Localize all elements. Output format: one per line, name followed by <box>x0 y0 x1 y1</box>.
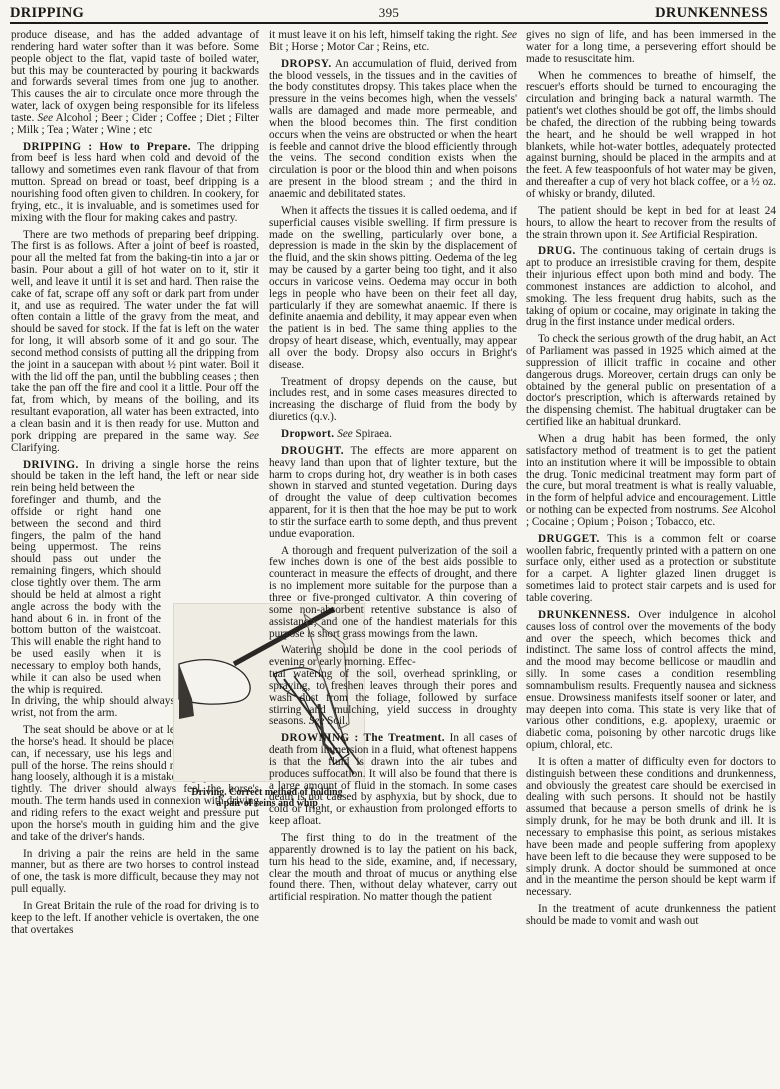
paragraph: When a drug habit has been formed, the o… <box>526 434 776 529</box>
paragraph: Treatment of dropsy depends on the cause… <box>269 377 517 424</box>
entry-dripping: DRIPPING : How to Prepare. The dripping … <box>11 142 259 225</box>
paragraph-text: There are two methods of preparing beef … <box>11 229 259 442</box>
paragraph: In the treatment of acute drunkenness th… <box>526 904 776 928</box>
paragraph-narrow: A thorough and frequent pulverization of… <box>269 546 517 641</box>
paragraph-text: gives no sign of life, and has been imme… <box>526 29 776 65</box>
headword-dropwort: Dropwort. <box>281 428 334 440</box>
headword-drought: DROUGHT. <box>281 445 344 457</box>
see-label: See <box>309 715 325 727</box>
paragraph-text: The dripping from beef is less hard when… <box>11 141 259 224</box>
paragraph: In driving a pair the reins are held in … <box>11 849 259 896</box>
running-header: DRIPPING 395 DRUNKENNESS <box>10 2 768 22</box>
paragraph-text: tual watering of the soil, overhead spri… <box>269 668 517 727</box>
paragraph: It is often a matter of difficulty even … <box>526 757 776 899</box>
see-label: See <box>722 504 738 516</box>
header-right-guide-word: DRUNKENNESS <box>655 5 768 22</box>
see-label: See <box>501 29 517 41</box>
paragraph-text: When a drug habit has been formed, the o… <box>526 433 776 516</box>
headword-driving: DRIVING. <box>23 459 79 471</box>
paragraph-text: produce disease, and has the added advan… <box>11 29 259 124</box>
see-label: See <box>642 229 658 241</box>
entry-drug: DRUG. The continuous taking of certain d… <box>526 246 776 329</box>
paragraph-text: In Great Britain the rule of the road fo… <box>11 900 259 936</box>
entry-dropwort: Dropwort. See Spiraea. <box>269 429 517 441</box>
paragraph-text: Over indulgence in alcohol causes loss o… <box>526 609 776 751</box>
paragraph: There are two methods of preparing beef … <box>11 230 259 455</box>
see-label: See <box>243 430 259 442</box>
paragraph-text: When it affects the tissues it is called… <box>269 205 517 371</box>
driving-continuation: it must leave it on his left, himself ta… <box>269 30 517 54</box>
entry-drugget: DRUGGET. This is a common felt or coarse… <box>526 534 776 605</box>
paragraph-text: When he commences to breathe of himself,… <box>526 70 776 200</box>
cross-reference: Clarifying. <box>11 442 60 454</box>
see-label: See <box>337 428 353 440</box>
paragraph-text: In the treatment of acute drunkenness th… <box>526 903 776 927</box>
cross-reference: Artificial Respiration. <box>659 229 757 241</box>
paragraph-text: The continuous taking of certain drugs i… <box>526 245 776 328</box>
column-3: gives no sign of life, and has been imme… <box>526 30 776 933</box>
entry-drunkenness: DRUNKENNESS. Over indulgence in alcohol … <box>526 610 776 752</box>
cross-reference: Soil. <box>327 715 348 727</box>
headword-dripping: DRIPPING : How to Prepare. <box>23 141 191 153</box>
headword-drug: DRUG. <box>538 245 576 257</box>
paragraph: The first thing to do in the treatment o… <box>269 833 517 904</box>
paragraph: In Great Britain the rule of the road fo… <box>11 901 259 937</box>
entry-dropsy: DROPSY. An accumulation of fluid, derive… <box>269 59 517 201</box>
paragraph-text: The effects are more apparent on heavy l… <box>269 445 517 540</box>
paragraph-text: In all cases of death from immersion in … <box>269 732 517 827</box>
paragraph-text: It is often a matter of difficulty even … <box>526 756 776 898</box>
paragraph: When it affects the tissues it is called… <box>269 206 517 372</box>
drowning-continuation: gives no sign of life, and has been imme… <box>526 30 776 66</box>
headword-dropsy: DROPSY. <box>281 58 332 70</box>
headword-drunkenness: DRUNKENNESS. <box>538 609 630 621</box>
entry-drought: DROUGHT. The effects are more apparent o… <box>269 446 517 541</box>
header-rule <box>10 22 768 24</box>
entry-drowning: DROWNING : The Treatment. In all cases o… <box>269 733 517 828</box>
paragraph-narrow: Watering should be done in the cool peri… <box>269 645 517 669</box>
paragraph-text: A thorough and frequent pulverization of… <box>269 545 517 640</box>
paragraph-text: In driving a pair the reins are held in … <box>11 848 259 896</box>
paragraph-text: forefinger and thumb, and the offside or… <box>11 494 161 696</box>
paragraph-text: The first thing to do in the treatment o… <box>269 832 517 903</box>
paragraph-text: Watering should be done in the cool peri… <box>269 644 517 668</box>
paragraph-narrow: forefinger and thumb, and the offside or… <box>11 495 161 696</box>
headword-drowning: DROWNING : The Treatment. <box>281 732 445 744</box>
paragraph-text: To check the serious growth of the drug … <box>526 333 776 428</box>
cross-reference: Spiraea. <box>356 428 392 440</box>
water-entry-continuation: produce disease, and has the added advan… <box>11 30 259 137</box>
column-2: it must leave it on his left, himself ta… <box>269 30 517 909</box>
see-label: See <box>38 112 54 124</box>
paragraph-text: An accumulation of fluid, derived from t… <box>269 58 517 200</box>
cross-reference: Bit ; Horse ; Motor Car ; Reins, etc. <box>269 41 429 53</box>
entry-driving: DRIVING. In driving a single horse the r… <box>11 460 259 496</box>
paragraph: tual watering of the soil, overhead spri… <box>269 669 517 728</box>
paragraph: To check the serious growth of the drug … <box>526 334 776 429</box>
paragraph-text: it must leave it on his left, himself ta… <box>269 29 498 41</box>
paragraph-text: Treatment of dropsy depends on the cause… <box>269 376 517 424</box>
paragraph: When he commences to breathe of himself,… <box>526 71 776 201</box>
paragraph: The patient should be kept in bed for at… <box>526 206 776 242</box>
headword-drugget: DRUGGET. <box>538 533 600 545</box>
